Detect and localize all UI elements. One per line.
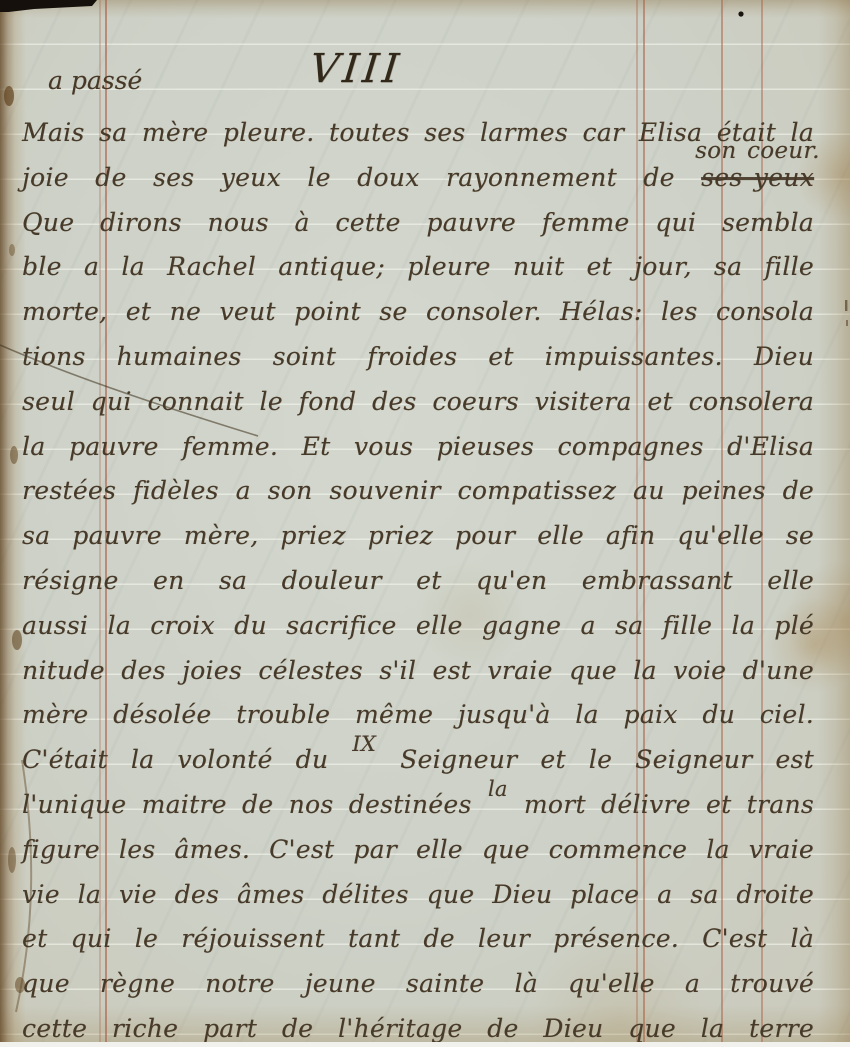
line-text: restées fidèles a son souvenir compatiss… (22, 476, 814, 505)
manuscript-line: sa pauvre mère, priez priez pour elle af… (22, 519, 814, 553)
line-text: vie la vie des âmes délites que Dieu pla… (22, 880, 814, 909)
manuscript-page: VIII a passé Mais sa mère pleure. toutes… (0, 0, 850, 1047)
manuscript-line: mère désolée trouble même jusqu'à la pai… (22, 698, 814, 732)
line-text: nitude des joies célestes s'il est vraie… (22, 656, 814, 685)
manuscript-line: et qui le réjouissent tant de leur prése… (22, 922, 814, 956)
manuscript-line: aussi la croix du sacrifice elle gagne a… (22, 609, 814, 643)
line-text: ble a la Rachel antique; pleure nuit et … (22, 252, 814, 281)
manuscript-line: Que dirons nous à cette pauvre femme qui… (22, 206, 814, 240)
line-text: Que dirons nous à cette pauvre femme qui… (22, 208, 814, 237)
line-text: la pauvre femme. Et vous pieuses compagn… (22, 432, 814, 461)
inserted-correction: son coeur. (695, 134, 820, 168)
line-text: C'était la volonté du (22, 745, 351, 774)
manuscript-line: nitude des joies célestes s'il est vraie… (22, 654, 814, 688)
manuscript-line: joie de ses yeux le doux rayonnement de … (22, 161, 814, 195)
line-text: Seigneur et le Seigneur est (377, 745, 814, 774)
correction-anchor: ses yeuxson coeur. (701, 161, 814, 195)
manuscript-line: restées fidèles a son souvenir compatiss… (22, 474, 814, 508)
line-text: que règne notre jeune sainte là qu'elle … (22, 969, 814, 998)
manuscript-line: ble a la Rachel antique; pleure nuit et … (22, 250, 814, 284)
line-text: morte, et ne veut point se consoler. Hél… (22, 297, 814, 326)
manuscript-line: résigne en sa douleur et qu'en embrassan… (22, 564, 814, 598)
raised-insertion: IX (352, 727, 376, 761)
line-text: figure les âmes. C'est par elle que comm… (22, 835, 814, 864)
line-text: seul qui connait le fond des coeurs visi… (22, 387, 814, 416)
text-block: Mais sa mère pleure. toutes ses larmes c… (0, 0, 850, 1047)
line-text: aussi la croix du sacrifice elle gagne a… (22, 611, 814, 640)
raised-insertion: la (488, 772, 508, 806)
manuscript-line: C'était la volonté du IX Seigneur et le … (22, 743, 814, 778)
line-text: et qui le réjouissent tant de leur prése… (22, 924, 814, 953)
manuscript-line: vie la vie des âmes délites que Dieu pla… (22, 878, 814, 912)
manuscript-line: la pauvre femme. Et vous pieuses compagn… (22, 430, 814, 464)
manuscript-line: figure les âmes. C'est par elle que comm… (22, 833, 814, 867)
line-text: tions humaines soint froides et impuissa… (22, 342, 814, 371)
manuscript-line: cette riche part de l'héritage de Dieu q… (22, 1012, 814, 1046)
manuscript-line: seul qui connait le fond des coeurs visi… (22, 385, 814, 419)
manuscript-line: tions humaines soint froides et impuissa… (22, 340, 814, 374)
manuscript-line: morte, et ne veut point se consoler. Hél… (22, 295, 814, 329)
line-text: joie de ses yeux le doux rayonnement de (22, 163, 701, 192)
line-text: l'unique maitre de nos destinées (22, 790, 487, 819)
manuscript-line: l'unique maitre de nos destinées la mort… (22, 788, 814, 823)
manuscript-line: que règne notre jeune sainte là qu'elle … (22, 967, 814, 1001)
line-text: résigne en sa douleur et qu'en embrassan… (22, 566, 814, 595)
line-text: mort délivre et trans (509, 790, 814, 819)
line-text: cette riche part de l'héritage de Dieu q… (22, 1014, 814, 1043)
line-text: sa pauvre mère, priez priez pour elle af… (22, 521, 814, 550)
line-text: mère désolée trouble même jusqu'à la pai… (22, 700, 814, 729)
